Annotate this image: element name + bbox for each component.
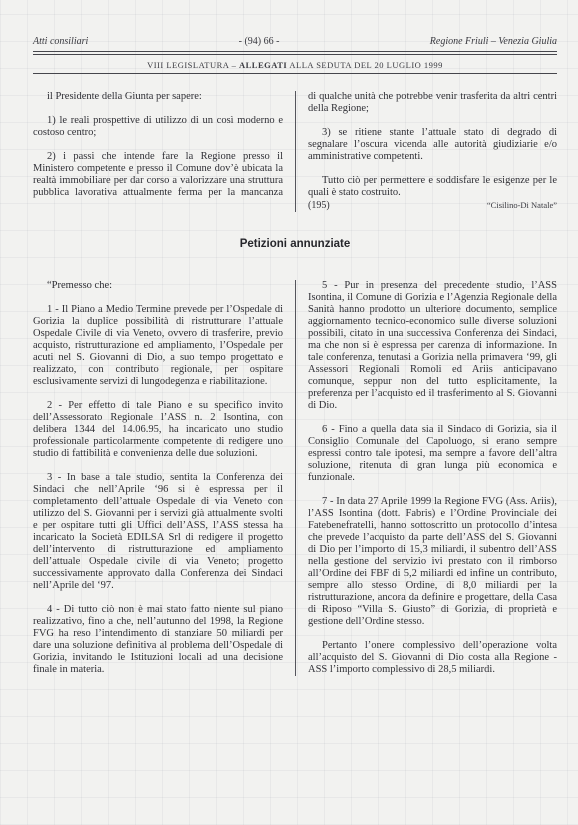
document-page: Atti consiliari - (94) 66 - Regione Friu… (0, 0, 578, 676)
paragraph: Pertanto l’onere complessivo dell’operaz… (308, 640, 557, 676)
page-header: Atti consiliari - (94) 66 - Regione Friu… (33, 36, 557, 47)
section-heading: Petizioni annunziate (33, 238, 557, 250)
legislature-line: VIII LEGISLATURA – ALLEGATI ALLA SEDUTA … (33, 60, 557, 70)
upper-right-column: di qualche unità che potrebbe venir tras… (295, 91, 557, 212)
paragraph: 1 - Il Piano a Medio Termine prevede per… (33, 304, 283, 388)
paragraph: 7 - In data 27 Aprile 1999 la Regione FV… (308, 496, 557, 628)
header-single-rule (33, 73, 557, 74)
paragraph: 2) i passi che intende fare la Regione p… (33, 151, 283, 199)
lower-left-column: “Premesso che:1 - Il Piano a Medio Termi… (33, 280, 283, 676)
upper-right-paragraphs: di qualche unità che potrebbe venir tras… (308, 91, 557, 199)
upper-section: il Presidente della Giunta per sapere:1)… (33, 91, 557, 212)
paragraph: di qualche unità che potrebbe venir tras… (308, 91, 557, 115)
paragraph: 1) le reali prospettive di utilizzo di u… (33, 115, 283, 139)
page-number: - (94) 66 - (239, 36, 280, 47)
header-double-rule (33, 51, 557, 55)
legislature-pre: VIII LEGISLATURA – (147, 60, 239, 70)
lower-section: “Premesso che:1 - Il Piano a Medio Termi… (33, 280, 557, 676)
paragraph: 3) se ritiene stante l’attuale stato di … (308, 127, 557, 163)
petition-signature: “Cisilino-Di Natale” (487, 199, 557, 211)
paragraph: “Premesso che: (33, 280, 283, 292)
lower-right-column: 5 - Pur in presenza del precedente studi… (295, 280, 557, 676)
legislature-allegati: ALLEGATI (239, 60, 287, 70)
petition-number: (195) (308, 200, 330, 212)
paragraph: 6 - Fino a quella data sia il Sindaco di… (308, 424, 557, 484)
upper-left-column: il Presidente della Giunta per sapere:1)… (33, 91, 283, 212)
header-left-title: Atti consiliari (33, 36, 88, 47)
legislature-post: ALLA SEDUTA DEL 20 LUGLIO 1999 (287, 60, 443, 70)
petition-signature-row: (195) “Cisilino-Di Natale” (308, 199, 557, 212)
paragraph: 5 - Pur in presenza del precedente studi… (308, 280, 557, 412)
paragraph: Tutto ciò per permettere e soddisfare le… (308, 175, 557, 199)
paragraph: 3 - In base a tale studio, sentita la Co… (33, 472, 283, 592)
paragraph: il Presidente della Giunta per sapere: (33, 91, 283, 103)
header-right-title: Regione Friuli – Venezia Giulia (430, 36, 557, 47)
paragraph: 2 - Per effetto di tale Piano e su speci… (33, 400, 283, 460)
paragraph: 4 - Di tutto ciò non è mai stato fatto n… (33, 604, 283, 676)
